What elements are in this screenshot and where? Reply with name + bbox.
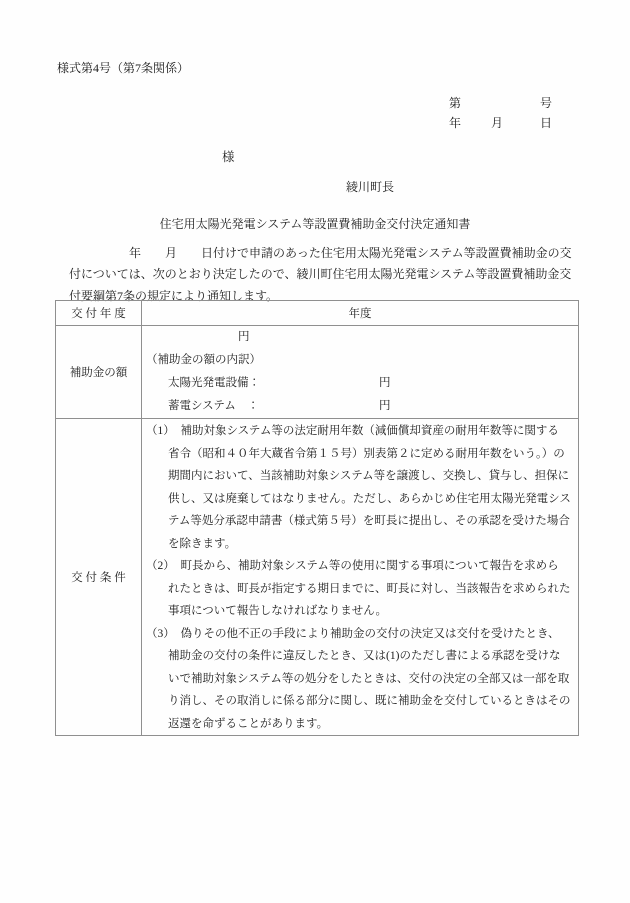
amount-solar-label: 太陽光発電設備： — [168, 377, 260, 389]
document-title: 住宅用太陽光発電システム等設置費補助金交付決定通知書 — [0, 215, 630, 232]
table-row-conditions: 交 付 条 件 （1） 補助対象システム等の法定耐用年数（減価償却資産の耐用年数… — [56, 419, 579, 736]
amount-battery-label: 蓄電システム ： — [168, 400, 259, 412]
amount-total-unit: 円 — [142, 326, 578, 349]
condition-3-line: り消し、その取消しに係る部分に関し、既に補助金を交付しているときはその — [146, 690, 575, 713]
condition-1-line: 期間内において、当該補助対象システム等を譲渡し、交換し、貸与し、担保に — [146, 465, 575, 488]
condition-3-line: いで補助対象システム等の処分をしたときは、交付の決定の全部又は一部を取 — [146, 668, 575, 691]
doc-number-prefix: 第 — [449, 96, 461, 110]
table-row-grant-year: 交 付 年 度 年度 — [56, 301, 579, 326]
condition-1-line: を除きます。 — [146, 533, 575, 556]
condition-2-line: 事項について報告しなければなりません。 — [146, 600, 575, 623]
grant-decision-table: 交 付 年 度 年度 補助金の額 円 （補助金の額の内訳） 太陽光発電設備： 円… — [55, 300, 579, 736]
date-year-label: 年 — [449, 116, 461, 130]
form-number-label: 様式第4号（第7条関係） — [57, 61, 189, 75]
condition-3-line: 返還を命ずることがあります。 — [146, 713, 575, 736]
document-page: 様式第4号（第7条関係） 第 号 年 月 日 様 綾川町長 住宅用太陽光発電シス… — [0, 0, 630, 903]
amount-battery-unit: 円 — [379, 395, 391, 418]
intro-line: 年 月 日付けで申請のあった住宅用太陽光発電システム等設置費補助金の交 — [69, 243, 579, 264]
amount-solar-line: 太陽光発電設備： 円 — [142, 372, 578, 395]
addressee-honorific: 様 — [222, 147, 235, 165]
condition-2-line: れたときは、町長が指定する期日までに、町長に対し、当該報告を求められた — [146, 578, 575, 601]
conditions-label-cell: 交 付 条 件 — [56, 419, 142, 736]
doc-number-suffix: 号 — [540, 96, 552, 110]
sender-name: 綾川町長 — [346, 180, 394, 194]
grant-year-value-cell: 年度 — [142, 301, 579, 326]
condition-1-line: テム等処分承認申請書（様式第５号）を町長に提出し、その承認を受けた場合 — [146, 510, 575, 533]
conditions-body: （1） 補助対象システム等の法定耐用年数（減価償却資産の耐用年数等に関する 省令… — [142, 419, 578, 735]
intro-line: 付については、次のとおり決定したので、綾川町住宅用太陽光発電システム等設置費補助… — [69, 264, 579, 285]
table-row-amount: 補助金の額 円 （補助金の額の内訳） 太陽光発電設備： 円 蓄電システム ： 円 — [56, 326, 579, 419]
amount-value-cell: 円 （補助金の額の内訳） 太陽光発電設備： 円 蓄電システム ： 円 — [142, 326, 579, 419]
condition-1-line: 省令（昭和４０年大蔵省令第１５号）別表第２に定める耐用年数をいう。）の — [146, 443, 575, 466]
condition-2-line: （2） 町長から、補助対象システム等の使用に関する事項について報告を求めら — [146, 555, 575, 578]
date-day-label: 日 — [540, 116, 552, 130]
grant-year-label-cell: 交 付 年 度 — [56, 301, 142, 326]
amount-solar-unit: 円 — [379, 372, 391, 395]
conditions-value-cell: （1） 補助対象システム等の法定耐用年数（減価償却資産の耐用年数等に関する 省令… — [142, 419, 579, 736]
amount-breakdown-heading: （補助金の額の内訳） — [142, 349, 578, 372]
intro-paragraph: 年 月 日付けで申請のあった住宅用太陽光発電システム等設置費補助金の交 付につい… — [69, 243, 579, 307]
date-month-label: 月 — [491, 116, 503, 130]
amount-battery-line: 蓄電システム ： 円 — [142, 395, 578, 418]
condition-3-line: 補助金の交付の条件に違反したとき、又は(1)のただし書による承認を受けな — [146, 645, 575, 668]
condition-1-line: 供し、又は廃棄してはなりません。ただし、あらかじめ住宅用太陽光発電シス — [146, 488, 575, 511]
condition-1-line: （1） 補助対象システム等の法定耐用年数（減価償却資産の耐用年数等に関する — [146, 420, 575, 443]
amount-label-cell: 補助金の額 — [56, 326, 142, 419]
condition-3-line: （3） 偽りその他不正の手段により補助金の交付の決定又は交付を受けたとき、 — [146, 623, 575, 646]
